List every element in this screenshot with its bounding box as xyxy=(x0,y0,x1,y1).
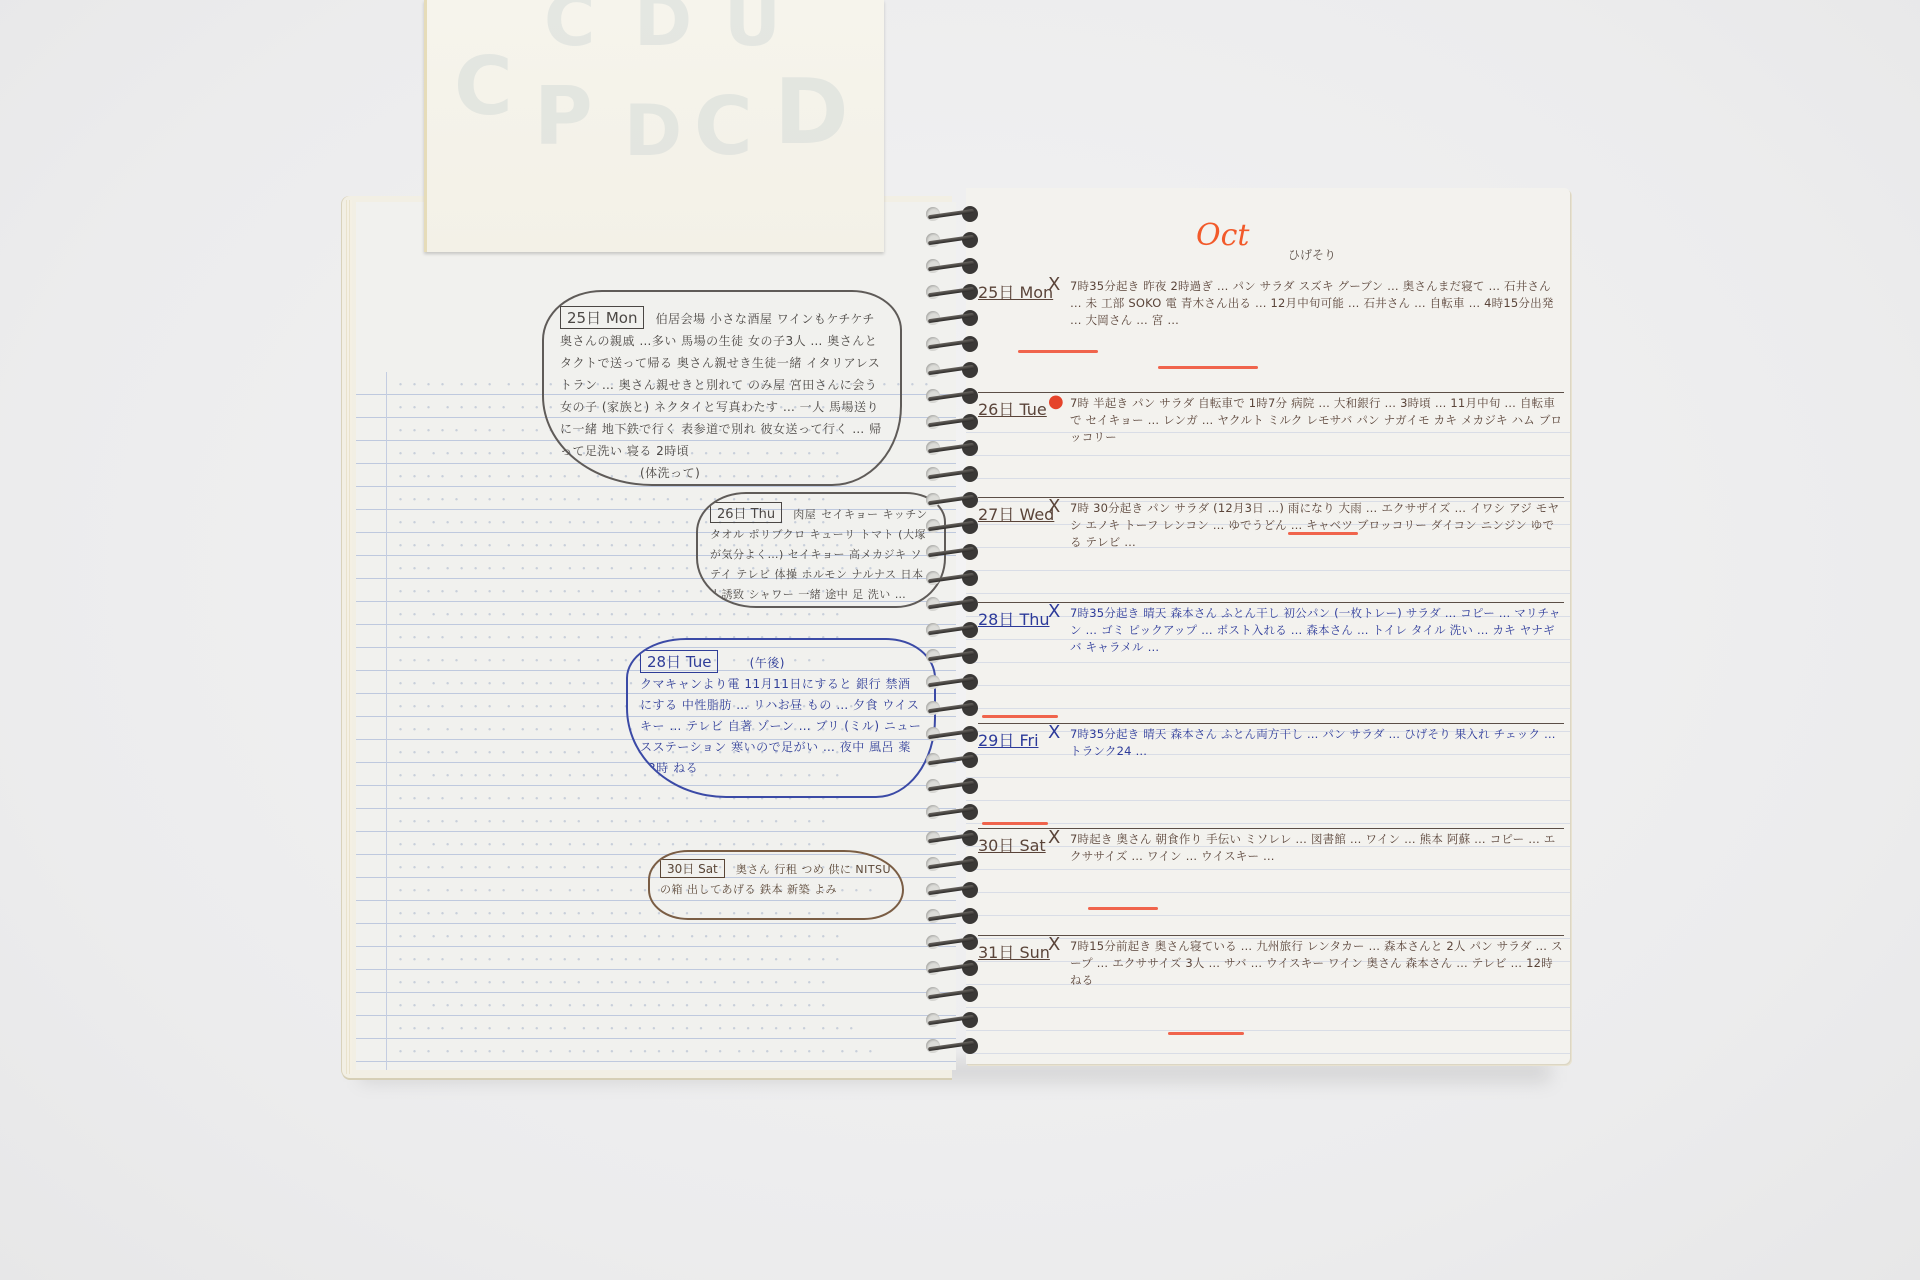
slip-edge xyxy=(424,0,427,252)
slip-ghost-glyph: U xyxy=(724,0,781,62)
slip-ghost-glyph: C xyxy=(544,0,595,62)
entry-text: 7時35分起き 晴天 森本さん ふとん両方干し … パン サラダ … ひげそり … xyxy=(1070,726,1564,760)
entry-mark: X xyxy=(1048,934,1060,955)
red-underline xyxy=(1088,907,1158,910)
slip-ghost-glyph: D xyxy=(774,60,849,165)
red-underline xyxy=(982,822,1048,825)
entry-mark: X xyxy=(1048,722,1060,743)
diary-entry: 27日 Wed X 7時 30分起き パン サラダ (12月3日 …) 雨になり… xyxy=(978,497,1564,602)
diary-entry: 26日 Tue ● 7時 半起き パン サラダ 自転車で 1時7分 病院 … 大… xyxy=(978,392,1564,497)
entry-text: 7時15分前起き 奥さん寝ている … 九州旅行 レンタカー … 森本さんと 2人… xyxy=(1070,938,1564,989)
red-underline xyxy=(1288,532,1358,535)
left-page: ・・・・ ・・・ ・・・・・ ・・・・・・ ・・・ ・・・・・・・ ・・・ ・・… xyxy=(356,202,956,1070)
slip-ghost-glyph: C xyxy=(694,80,753,173)
loose-paper-slip: C D U C P D C D xyxy=(424,0,884,252)
slip-ghost-glyph: D xyxy=(634,0,692,62)
entry-mark: X xyxy=(1048,496,1060,517)
diary-entry: 29日 Fri X 7時35分起き 晴天 森本さん ふとん両方干し … パン サ… xyxy=(978,723,1564,828)
diary-bubble-25-mon: 25日 Mon 伯居会場 小さな酒屋 ワインもケチケチ 奥さんの親戚 …多い 馬… xyxy=(542,290,902,486)
date-label: 25日 Mon xyxy=(560,306,644,329)
bubble-heading: 肉屋 xyxy=(793,508,816,521)
slip-ghost-glyph: P xyxy=(534,70,593,163)
diary-entry: 28日 Thu X 7時35分起き 晴天 森本さん ふとん干し 初公パン (一枚… xyxy=(978,602,1564,723)
slip-ghost-glyph: D xyxy=(624,90,682,172)
notebook: ・・・・ ・・・ ・・・・・ ・・・・・・ ・・・ ・・・・・・・ ・・・ ・・… xyxy=(342,196,1572,1076)
margin-line xyxy=(386,372,387,1070)
red-underline xyxy=(1018,350,1098,353)
entry-text: 7時35分起き 昨夜 2時過ぎ … パン サラダ スズキ グーブン … 奥さんま… xyxy=(1070,278,1564,329)
diary-entries: 25日 Mon X 7時35分起き 昨夜 2時過ぎ … パン サラダ スズキ グ… xyxy=(978,276,1564,1058)
entry-text: 7時 半起き パン サラダ 自転車で 1時7分 病院 … 大和銀行 … 3時頃 … xyxy=(1070,395,1564,446)
entry-mark: ● xyxy=(1048,391,1064,412)
entry-mark: X xyxy=(1048,601,1060,622)
red-underline xyxy=(1158,366,1258,369)
spiral-binding xyxy=(922,204,982,1064)
diary-bubble-26-thu: 26日 Thu 肉屋 セイキョー キッチンタオル ポリブクロ キューリ トマト … xyxy=(696,492,946,608)
right-page: Oct ひげそり 25日 Mon X 7時35分起き 昨夜 2時過ぎ … パン … xyxy=(966,188,1570,1064)
diary-entry: 30日 Sat X 7時起き 奥さん 朝食作り 手伝い ミソレレ … 図書館 …… xyxy=(978,828,1564,935)
date-label: 28日 Tue xyxy=(640,650,718,673)
diary-bubble-30-sat: 30日 Sat 奥さん 行租 つめ 供に NITSU の箱 出してあげる 鉄本 … xyxy=(648,850,904,920)
bubble-text: 伯居会場 小さな酒屋 ワインもケチケチ 奥さんの親戚 …多い 馬場の生徒 女の子… xyxy=(560,312,882,458)
diary-entry: 31日 Sun X 7時15分前起き 奥さん寝ている … 九州旅行 レンタカー … xyxy=(978,935,1564,1058)
entry-text: 7時 30分起き パン サラダ (12月3日 …) 雨になり 大雨 … エクサザ… xyxy=(1070,500,1564,551)
entry-text: 7時35分起き 晴天 森本さん ふとん干し 初公パン (一枚トレー) サラダ …… xyxy=(1070,605,1564,656)
date-label: 26日 Thu xyxy=(710,502,782,523)
diary-bubble-28-tue: 28日 Tue (午後) クマキャンより電 11月11日にすると 銀行 禁酒にす… xyxy=(626,638,936,798)
month-label: Oct xyxy=(1196,218,1249,253)
entry-mark: X xyxy=(1048,274,1060,295)
slip-ghost-glyph: C xyxy=(454,40,513,133)
bubble-extra: (体洗って) xyxy=(640,462,884,484)
bubble-text: クマキャンより電 11月11日にすると 銀行 禁酒にする 中性脂肪 … リハお昼… xyxy=(640,674,922,779)
date-label: 30日 Sat xyxy=(660,859,725,878)
diary-entry: 25日 Mon X 7時35分起き 昨夜 2時過ぎ … パン サラダ スズキ グ… xyxy=(978,276,1564,392)
red-underline xyxy=(982,715,1058,718)
bubble-note: (午後) xyxy=(750,656,785,670)
entry-mark: X xyxy=(1048,827,1060,848)
margin-note: ひげそり xyxy=(1288,246,1336,263)
entry-text: 7時起き 奥さん 朝食作り 手伝い ミソレレ … 図書館 … ワイン … 熊本 … xyxy=(1070,831,1564,865)
red-underline xyxy=(1168,1032,1244,1035)
